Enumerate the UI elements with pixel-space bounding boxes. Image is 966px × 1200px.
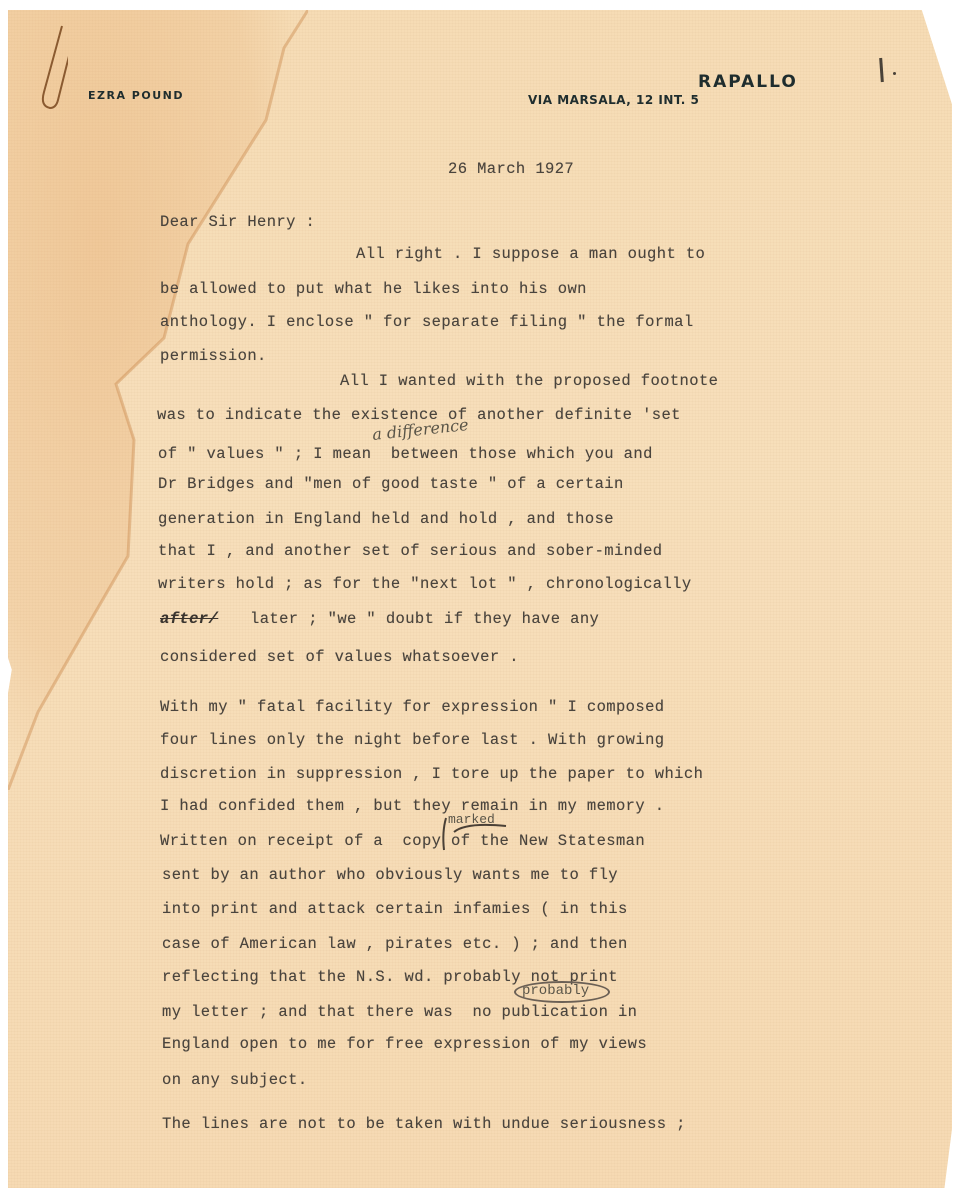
letter-line: into print and attack certain infamies (… — [162, 900, 628, 918]
letter-line: With my " fatal facility for expression … — [160, 698, 664, 716]
letter-line: I had confided them , but they remain in… — [160, 797, 664, 815]
letter-line: permission. — [160, 347, 267, 365]
struck-word: after/ — [160, 610, 218, 628]
salutation: Dear Sir Henry : — [160, 213, 315, 231]
letter-line: Written on receipt of a copy of the New … — [160, 832, 645, 850]
circle-around-probably — [514, 981, 610, 1003]
letter-line: four lines only the night before last . … — [160, 731, 664, 749]
letter-line: generation in England held and hold , an… — [158, 510, 614, 528]
letter-line: All right . I suppose a man ought to — [356, 245, 705, 263]
page-number-dot — [893, 72, 896, 75]
letter-line: considered set of values whatsoever . — [160, 648, 519, 666]
letterhead-city: RAPALLO — [698, 72, 798, 92]
water-stain — [8, 10, 308, 790]
letter-line: All I wanted with the proposed footnote — [340, 372, 718, 390]
letter-line: England open to me for free expression o… — [162, 1035, 647, 1053]
letter-line: case of American law , pirates etc. ) ; … — [162, 935, 628, 953]
letter-line: that I , and another set of serious and … — [158, 542, 662, 560]
letterhead-address: VIA MARSALA, 12 INT. 5 — [528, 93, 699, 107]
paperclip-mark-icon — [36, 22, 68, 112]
letter-line: anthology. I enclose " for separate fili… — [160, 313, 694, 331]
letter-line: on any subject. — [162, 1071, 308, 1089]
letter-line: writers hold ; as for the "next lot " , … — [158, 575, 692, 593]
caret-insert-mark-icon — [436, 812, 516, 852]
letter-line: later ; "we " doubt if they have any — [250, 610, 599, 628]
letter-line: of " values " ; I mean between those whi… — [158, 445, 653, 463]
letter-line: Dr Bridges and "men of good taste " of a… — [158, 475, 624, 493]
letterhead-name: EZRA POUND — [88, 89, 184, 102]
letter-line: my letter ; and that there was no public… — [162, 1003, 637, 1021]
letter-line: The lines are not to be taken with undue… — [162, 1115, 686, 1133]
letter-line: discretion in suppression , I tore up th… — [160, 765, 703, 783]
letter-line: be allowed to put what he likes into his… — [160, 280, 587, 298]
letter-line: sent by an author who obviously wants me… — [162, 866, 618, 884]
letter-date: 26 March 1927 — [448, 160, 574, 178]
